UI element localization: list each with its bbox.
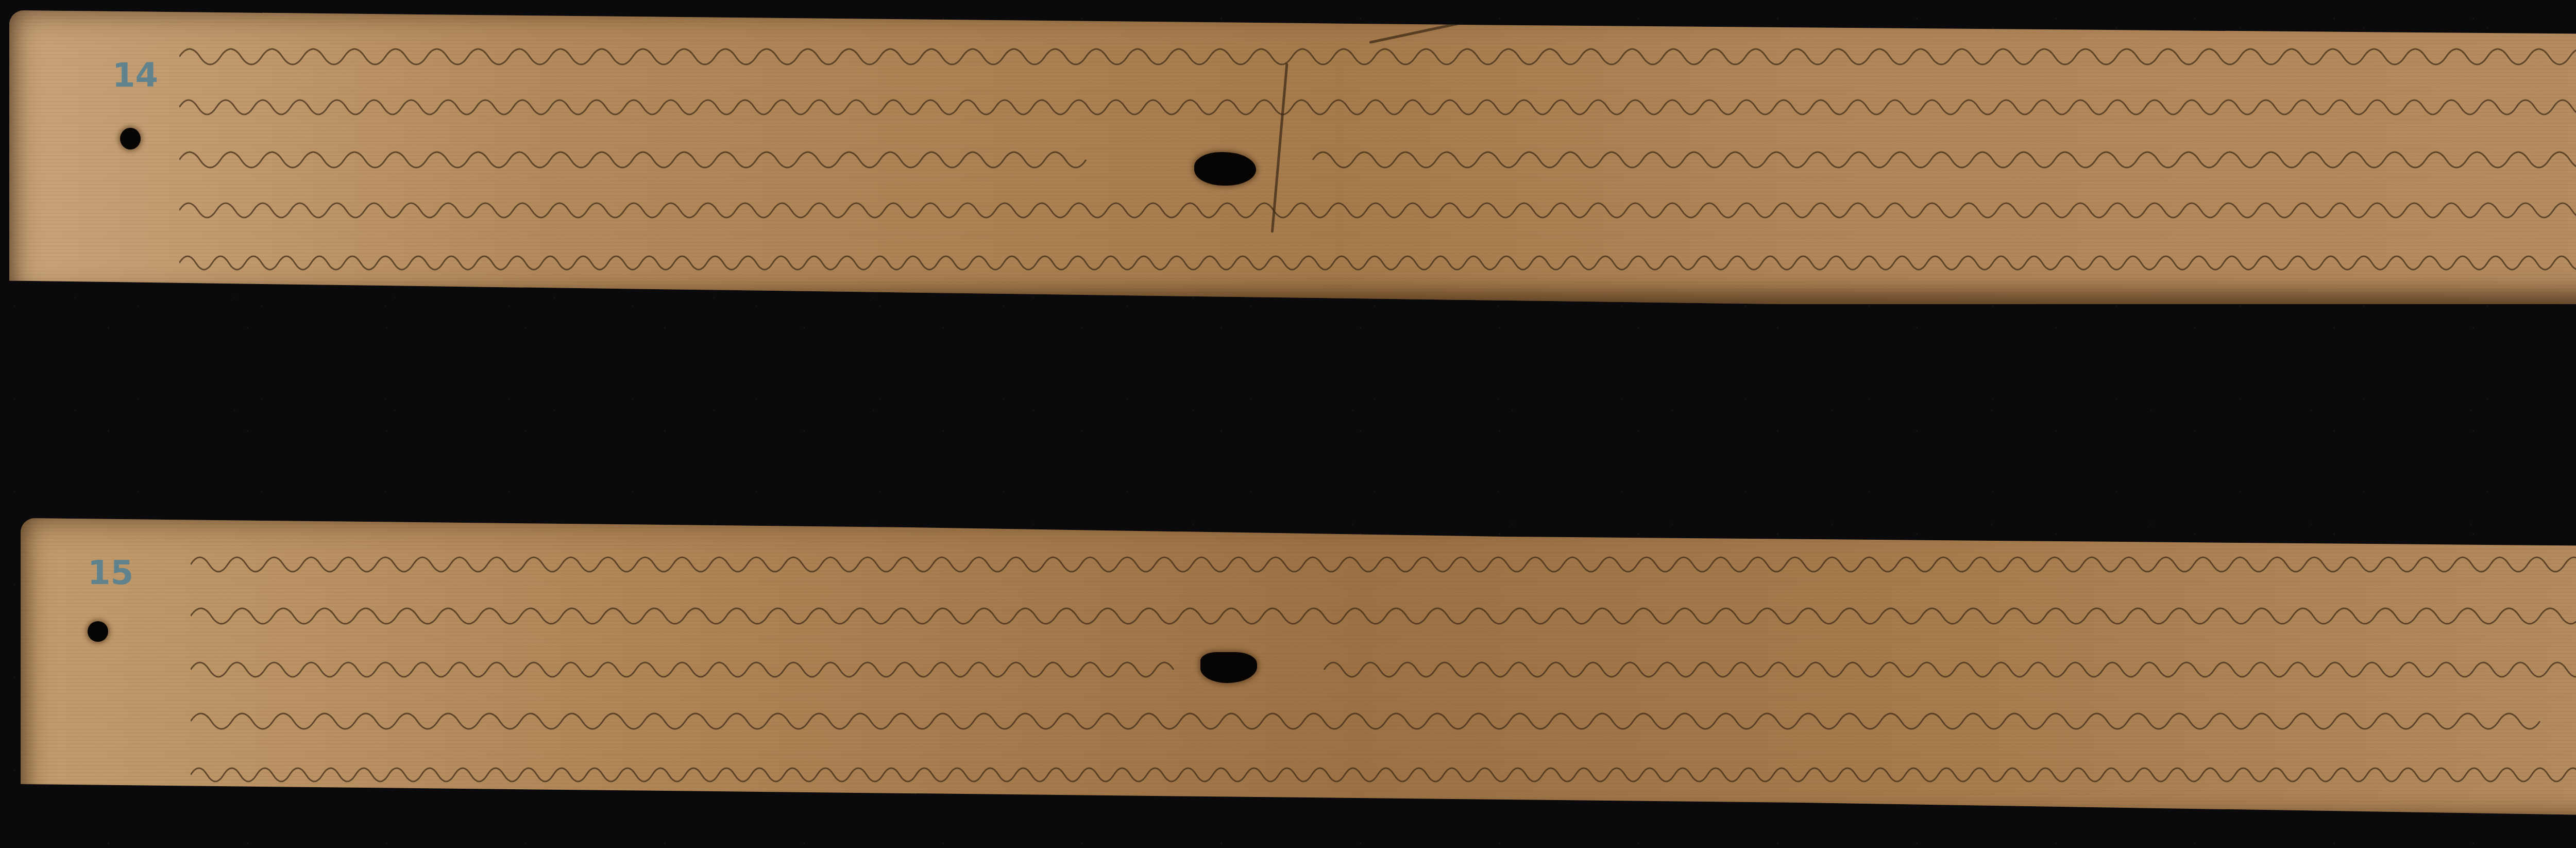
- text-line-5: [191, 754, 2576, 790]
- script-strokes: [179, 88, 2576, 124]
- text-line-4: [191, 702, 2576, 738]
- script-strokes: [179, 36, 2576, 72]
- folio-number-left: 14: [112, 57, 158, 95]
- text-line-3: [179, 139, 2576, 175]
- text-line-1: [191, 544, 2576, 580]
- manuscript-text-block: [191, 539, 2576, 817]
- script-strokes: [191, 702, 2576, 738]
- text-line-5: [179, 242, 2576, 278]
- script-strokes: [191, 544, 2576, 580]
- palm-leaf-folio-15: 15 15: [21, 518, 2576, 827]
- manuscript-text-block: [179, 31, 2576, 299]
- folio-number-left: 15: [88, 554, 133, 592]
- text-line-2: [191, 596, 2576, 633]
- script-strokes: [179, 139, 2576, 175]
- text-line-2: [179, 88, 2576, 124]
- script-strokes: [191, 596, 2576, 633]
- text-line-4: [179, 191, 2576, 227]
- palm-leaf-folio-14: 14 14: [9, 10, 2576, 304]
- binding-hole-left: [88, 621, 108, 642]
- text-line-3: [191, 649, 2576, 685]
- script-strokes: [191, 649, 2576, 685]
- script-strokes: [179, 191, 2576, 227]
- text-line-1: [179, 36, 2576, 72]
- script-strokes: [191, 754, 2576, 790]
- script-strokes: [179, 242, 2576, 278]
- binding-hole-left: [120, 128, 141, 149]
